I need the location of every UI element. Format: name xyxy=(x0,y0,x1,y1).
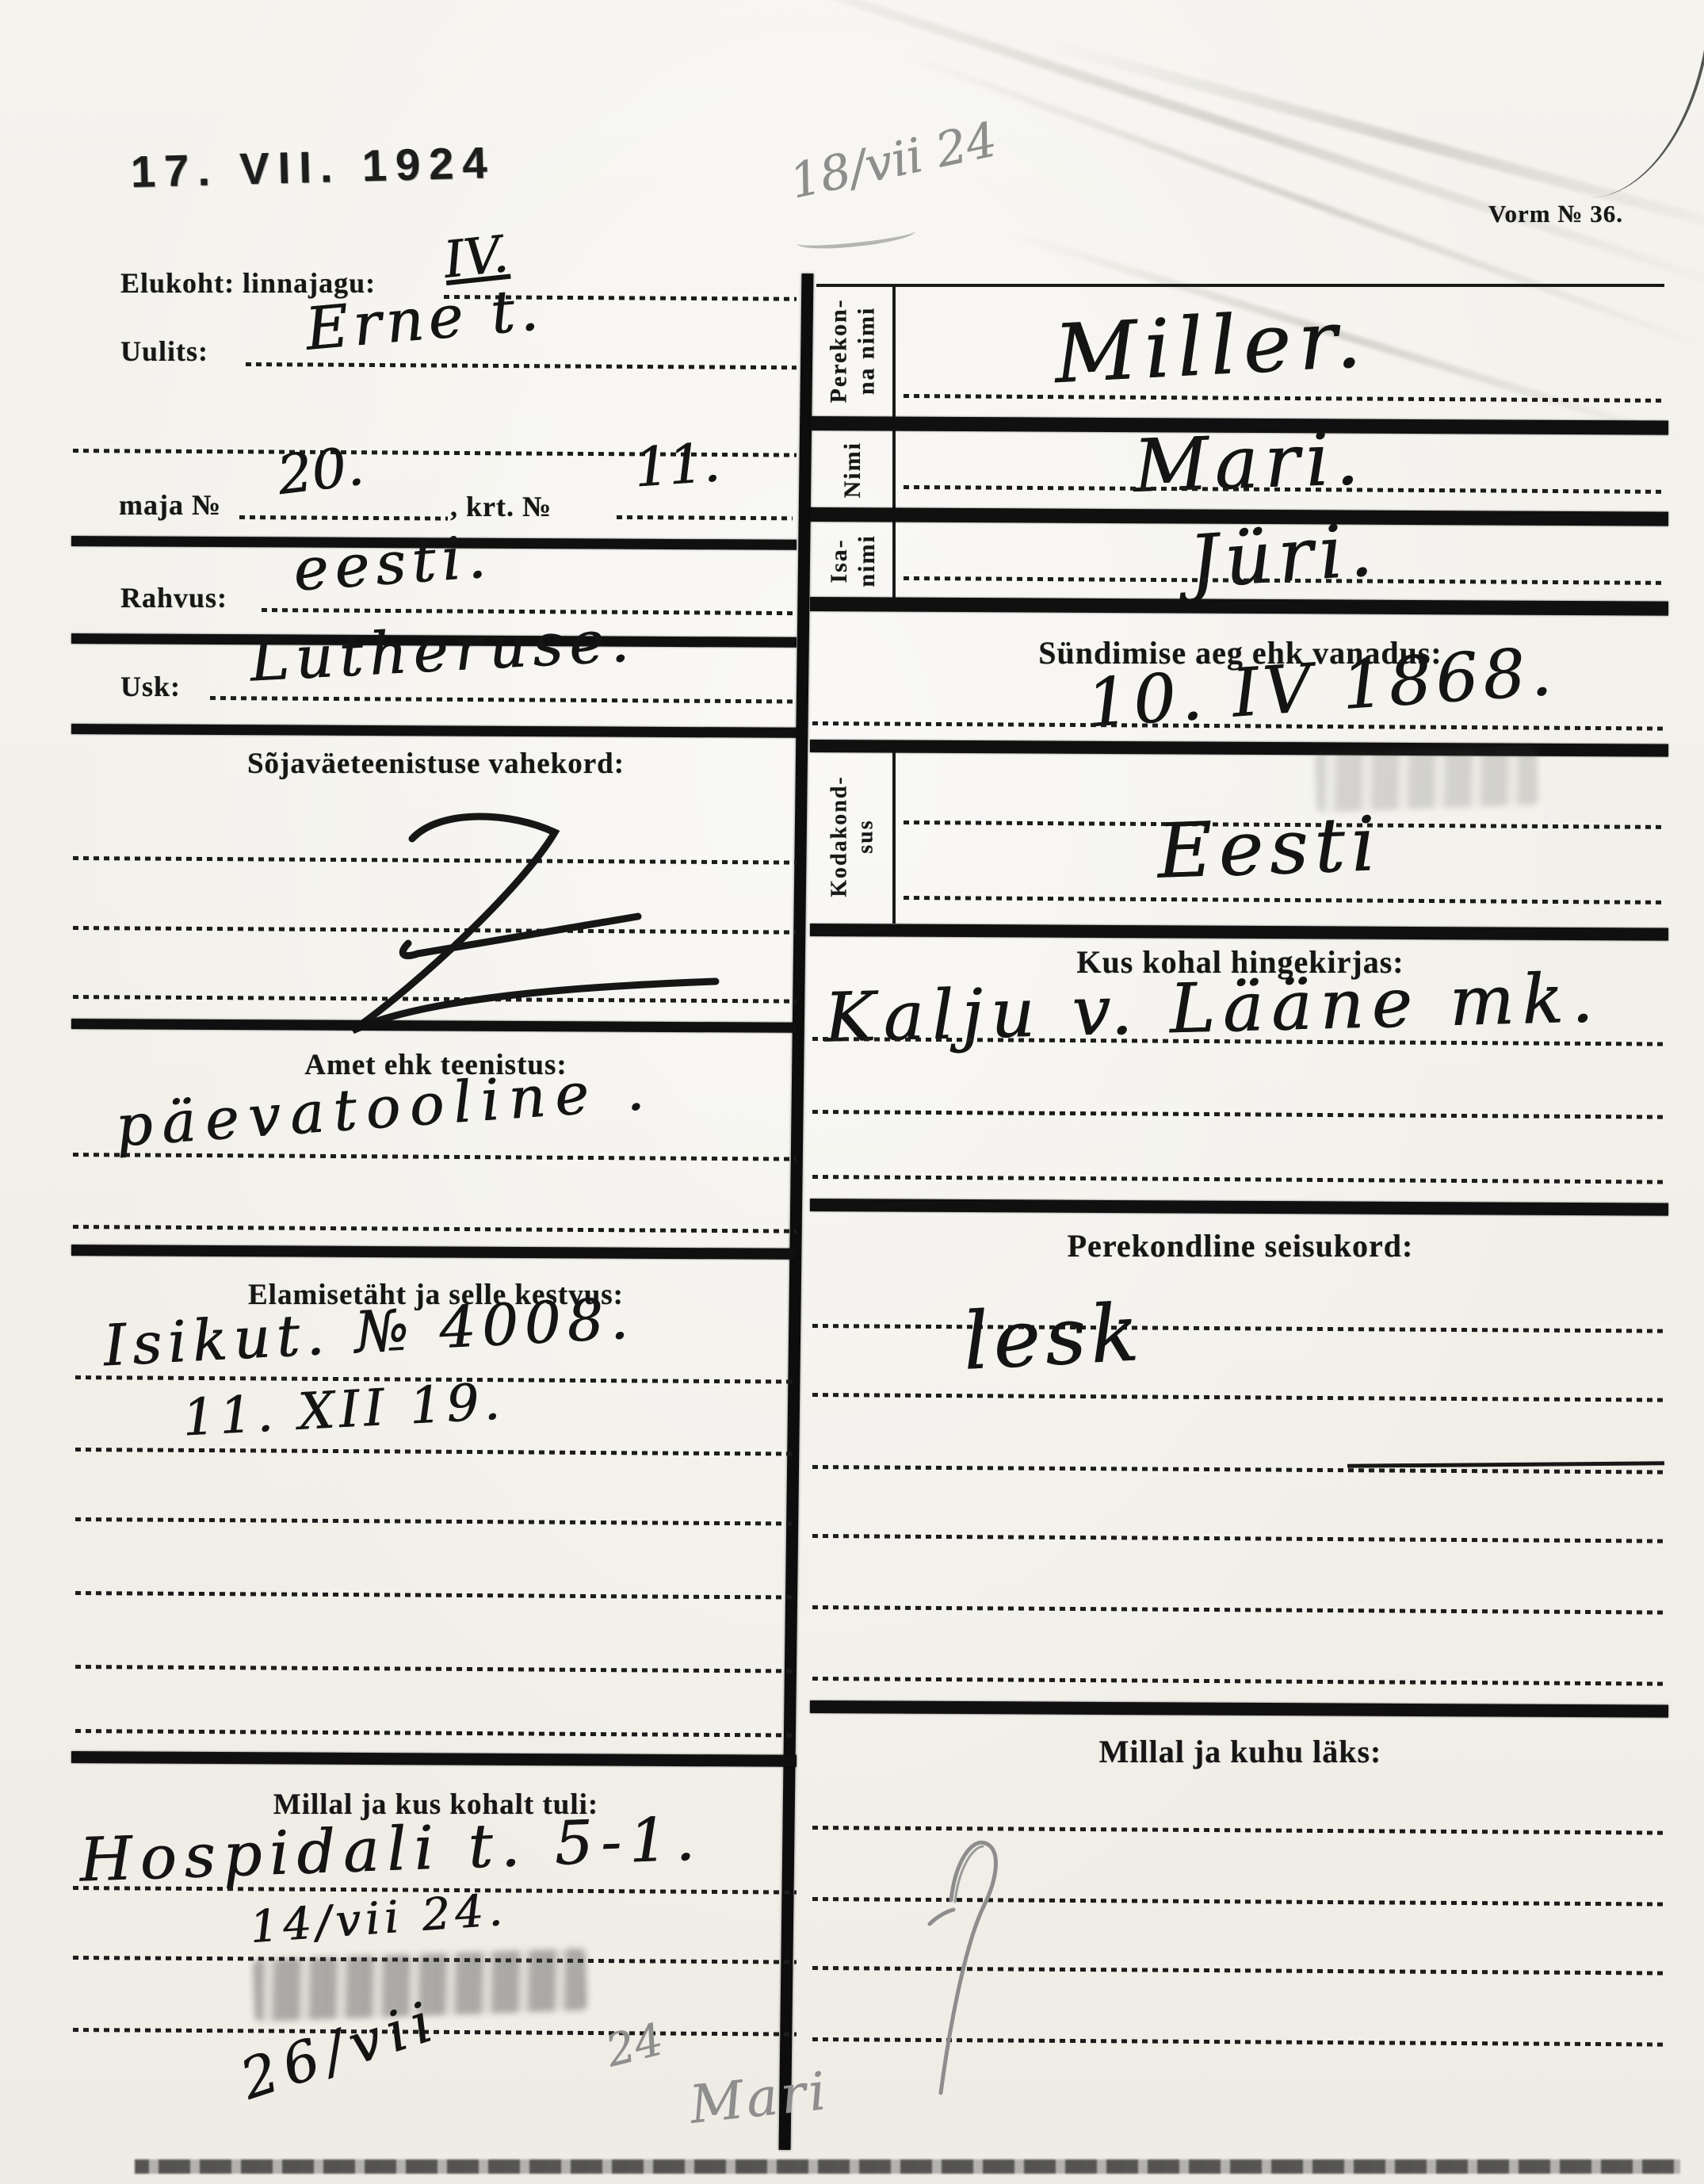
dotted-line xyxy=(812,1534,1664,1543)
date-stamp: 17. VII. 1924 xyxy=(130,136,496,197)
dotted-line xyxy=(75,1665,797,1673)
footer-date-pencil: 24 xyxy=(601,2014,668,2077)
dotted-line xyxy=(75,1591,797,1600)
section-rule xyxy=(810,924,1668,941)
heading-seisukord: Perekondline seisukord: xyxy=(816,1227,1664,1264)
handwritten-z-mark xyxy=(329,793,725,1046)
page-crease-arc xyxy=(1582,12,1704,208)
bottom-table-border xyxy=(135,2159,1680,2174)
column-divider xyxy=(779,273,814,2150)
vertical-label-kodakondsus: Kodakond-sus xyxy=(813,749,892,924)
dotted-line xyxy=(73,1153,797,1161)
dotted-line xyxy=(73,1225,797,1234)
field-value-krt: 11. xyxy=(632,431,721,499)
section-rule xyxy=(71,724,797,738)
dotted-line xyxy=(246,362,797,369)
field-value-millal-tuli-2: 14/vii 24. xyxy=(248,1884,508,1953)
field-value-nimi: Mari. xyxy=(1132,416,1366,509)
dotted-line xyxy=(812,1677,1664,1686)
dotted-line xyxy=(75,1517,797,1526)
registration-card: 17. VII. 1924 18/vii 24 Vorm № 36. Eluko… xyxy=(0,0,1704,2184)
section-rule xyxy=(810,740,1668,757)
dotted-line xyxy=(75,1448,797,1456)
label-line: nimi xyxy=(853,534,881,587)
dotted-line xyxy=(904,896,1664,905)
label-line: Nimi xyxy=(839,442,866,498)
section-rule xyxy=(810,1199,1668,1216)
ink-line-overdraw xyxy=(1347,1461,1664,1467)
pencil-date-underline xyxy=(796,222,916,253)
field-label-uulits: Uulits: xyxy=(120,335,208,368)
field-value-kodakondsus: Eesti xyxy=(1156,801,1383,896)
field-value-usk: Lutheruse. xyxy=(248,606,636,694)
dotted-line xyxy=(210,696,797,704)
label-column-border xyxy=(892,284,896,611)
field-label-rahvus: Rahvus: xyxy=(120,581,227,614)
dotted-line xyxy=(812,1465,1664,1474)
field-value-maja: 20. xyxy=(274,435,367,508)
section-rule xyxy=(71,1751,797,1767)
dotted-line xyxy=(812,1393,1664,1402)
vertical-label-perekonnanimi: Perekon-na nimi xyxy=(813,287,892,414)
pencil-date: 18/vii 24 xyxy=(785,112,1002,209)
form-number: Vorm № 36. xyxy=(1488,200,1623,228)
section-rule xyxy=(810,597,1668,616)
label-line: Kodakond- xyxy=(827,775,853,897)
field-label-maja: maja № xyxy=(119,488,221,522)
section-rule xyxy=(71,1245,797,1260)
right-top-border xyxy=(816,284,1664,287)
pencil-j-mark xyxy=(907,1827,1042,2101)
field-value-isanimi: Jüri. xyxy=(1186,507,1381,605)
footer-signature: Mari xyxy=(686,2060,831,2136)
dotted-line xyxy=(239,515,448,521)
label-line: Perekon- xyxy=(825,298,853,403)
field-value-rahvus: eesti. xyxy=(291,522,494,604)
heading-sojavaeteenistus: Sõjaväeteenistuse vahekord: xyxy=(95,747,777,781)
field-value-seisukord: lesk xyxy=(961,1286,1145,1388)
vertical-label-isanimi: Isa-nimi xyxy=(813,525,892,596)
label-line: Isa- xyxy=(825,534,853,587)
dotted-line xyxy=(75,1729,797,1738)
heading-laks: Millal ja kuhu läks: xyxy=(816,1733,1664,1770)
field-label-usk: Usk: xyxy=(120,670,181,703)
field-label-krt: , krt. № xyxy=(450,490,552,523)
dotted-line xyxy=(812,1110,1664,1119)
dotted-line xyxy=(812,1324,1664,1333)
field-value-elamisetaht-2: 11. XII 19. xyxy=(181,1372,506,1448)
dotted-line xyxy=(812,1605,1664,1615)
label-line: sus xyxy=(853,775,879,897)
dotted-line xyxy=(812,1175,1664,1184)
label-line: na nimi xyxy=(853,298,881,403)
label-column-border xyxy=(892,752,896,924)
vertical-label-nimi: Nimi xyxy=(813,434,892,506)
dotted-line xyxy=(617,515,793,520)
field-value-perekonnanimi: Miller. xyxy=(1052,292,1370,403)
section-rule xyxy=(810,1700,1668,1718)
